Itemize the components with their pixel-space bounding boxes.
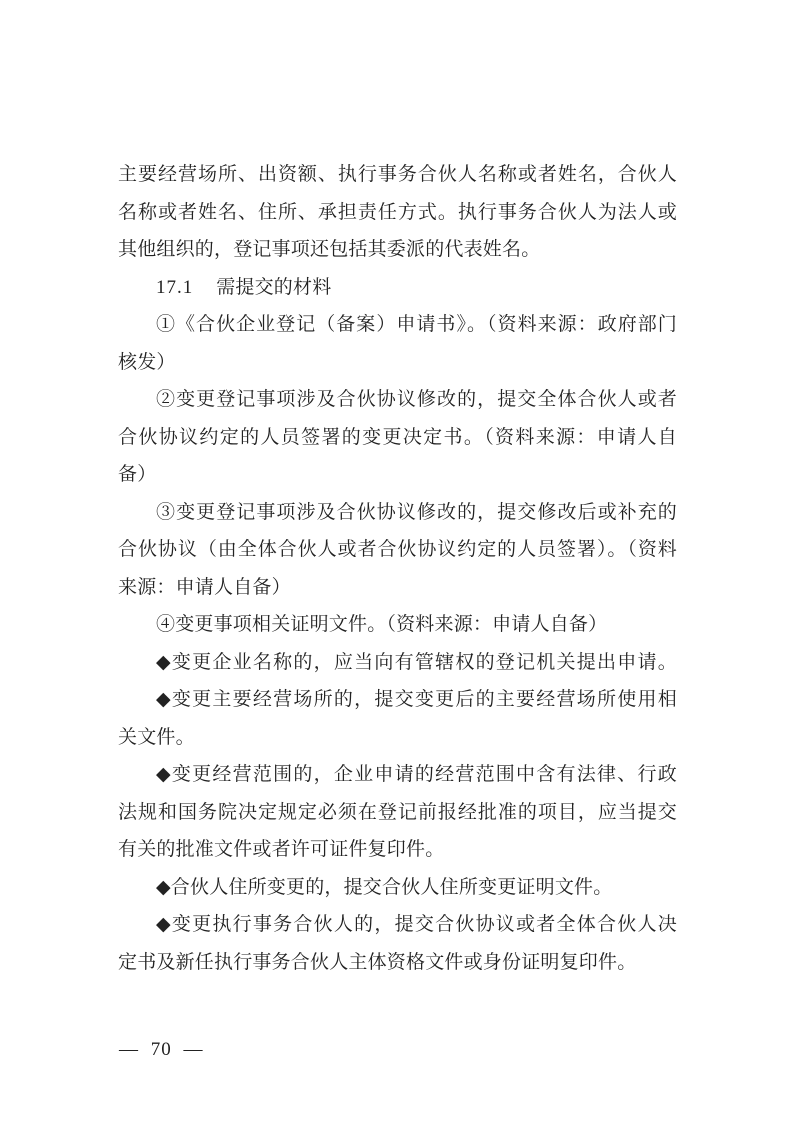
text-line-14: ◆变更企业名称的，应当向有管辖权的登记机关提出申请。 <box>118 644 677 682</box>
text-line-20: ◆合伙人住所变更的，提交合伙人住所变更证明文件。 <box>118 869 677 907</box>
text-line-13: ④变更事项相关证明文件。（资料来源：申请人自备） <box>118 606 677 644</box>
section-number: 17.1 <box>156 269 193 307</box>
text-line-3: 其他组织的，登记事项还包括其委派的代表姓名。 <box>118 231 677 269</box>
text-line-15: ◆变更主要经营场所的，提交变更后的主要经营场所使用相 <box>118 681 677 719</box>
page: 主要经营场所、出资额、执行事务合伙人名称或者姓名，合伙人 名称或者姓名、住所、承… <box>0 0 793 1122</box>
text-line-8: 合伙协议约定的人员签署的变更决定书。（资料来源：申请人自 <box>118 419 677 457</box>
text-line-10: ③变更登记事项涉及合伙协议修改的，提交修改后或补充的 <box>118 494 677 532</box>
text-line-9: 备） <box>118 456 677 494</box>
text-line-22: 定书及新任执行事务合伙人主体资格文件或身份证明复印件。 <box>118 944 677 982</box>
text-line-6: 核发） <box>118 344 677 382</box>
text-line-16: 关文件。 <box>118 719 677 757</box>
text-line-12: 来源：申请人自备） <box>118 569 677 607</box>
text-line-21: ◆变更执行事务合伙人的，提交合伙协议或者全体合伙人决 <box>118 906 677 944</box>
text-line-11: 合伙协议（由全体合伙人或者合伙协议约定的人员签署）。（资料 <box>118 531 677 569</box>
page-number: — 70 — <box>119 1036 204 1064</box>
text-line-19: 有关的批准文件或者许可证件复印件。 <box>118 831 677 869</box>
text-line-18: 法规和国务院决定规定必须在登记前报经批准的项目，应当提交 <box>118 794 677 832</box>
document-page: { "page": { "heading": { "number": "17.1… <box>0 0 793 1122</box>
text-line-17: ◆变更经营范围的，企业申请的经营范围中含有法律、行政 <box>118 756 677 794</box>
text-line-2: 名称或者姓名、住所、承担责任方式。执行事务合伙人为法人或 <box>118 194 677 232</box>
document-body: 主要经营场所、出资额、执行事务合伙人名称或者姓名，合伙人 名称或者姓名、住所、承… <box>118 156 677 981</box>
text-line-7: ②变更登记事项涉及合伙协议修改的，提交全体合伙人或者 <box>118 381 677 419</box>
section-heading: 17.1 需提交的材料 <box>118 269 677 307</box>
text-line-1: 主要经营场所、出资额、执行事务合伙人名称或者姓名，合伙人 <box>118 156 677 194</box>
text-line-5: ①《合伙企业登记（备案）申请书》。（资料来源：政府部门 <box>118 306 677 344</box>
section-title: 需提交的材料 <box>216 269 331 307</box>
